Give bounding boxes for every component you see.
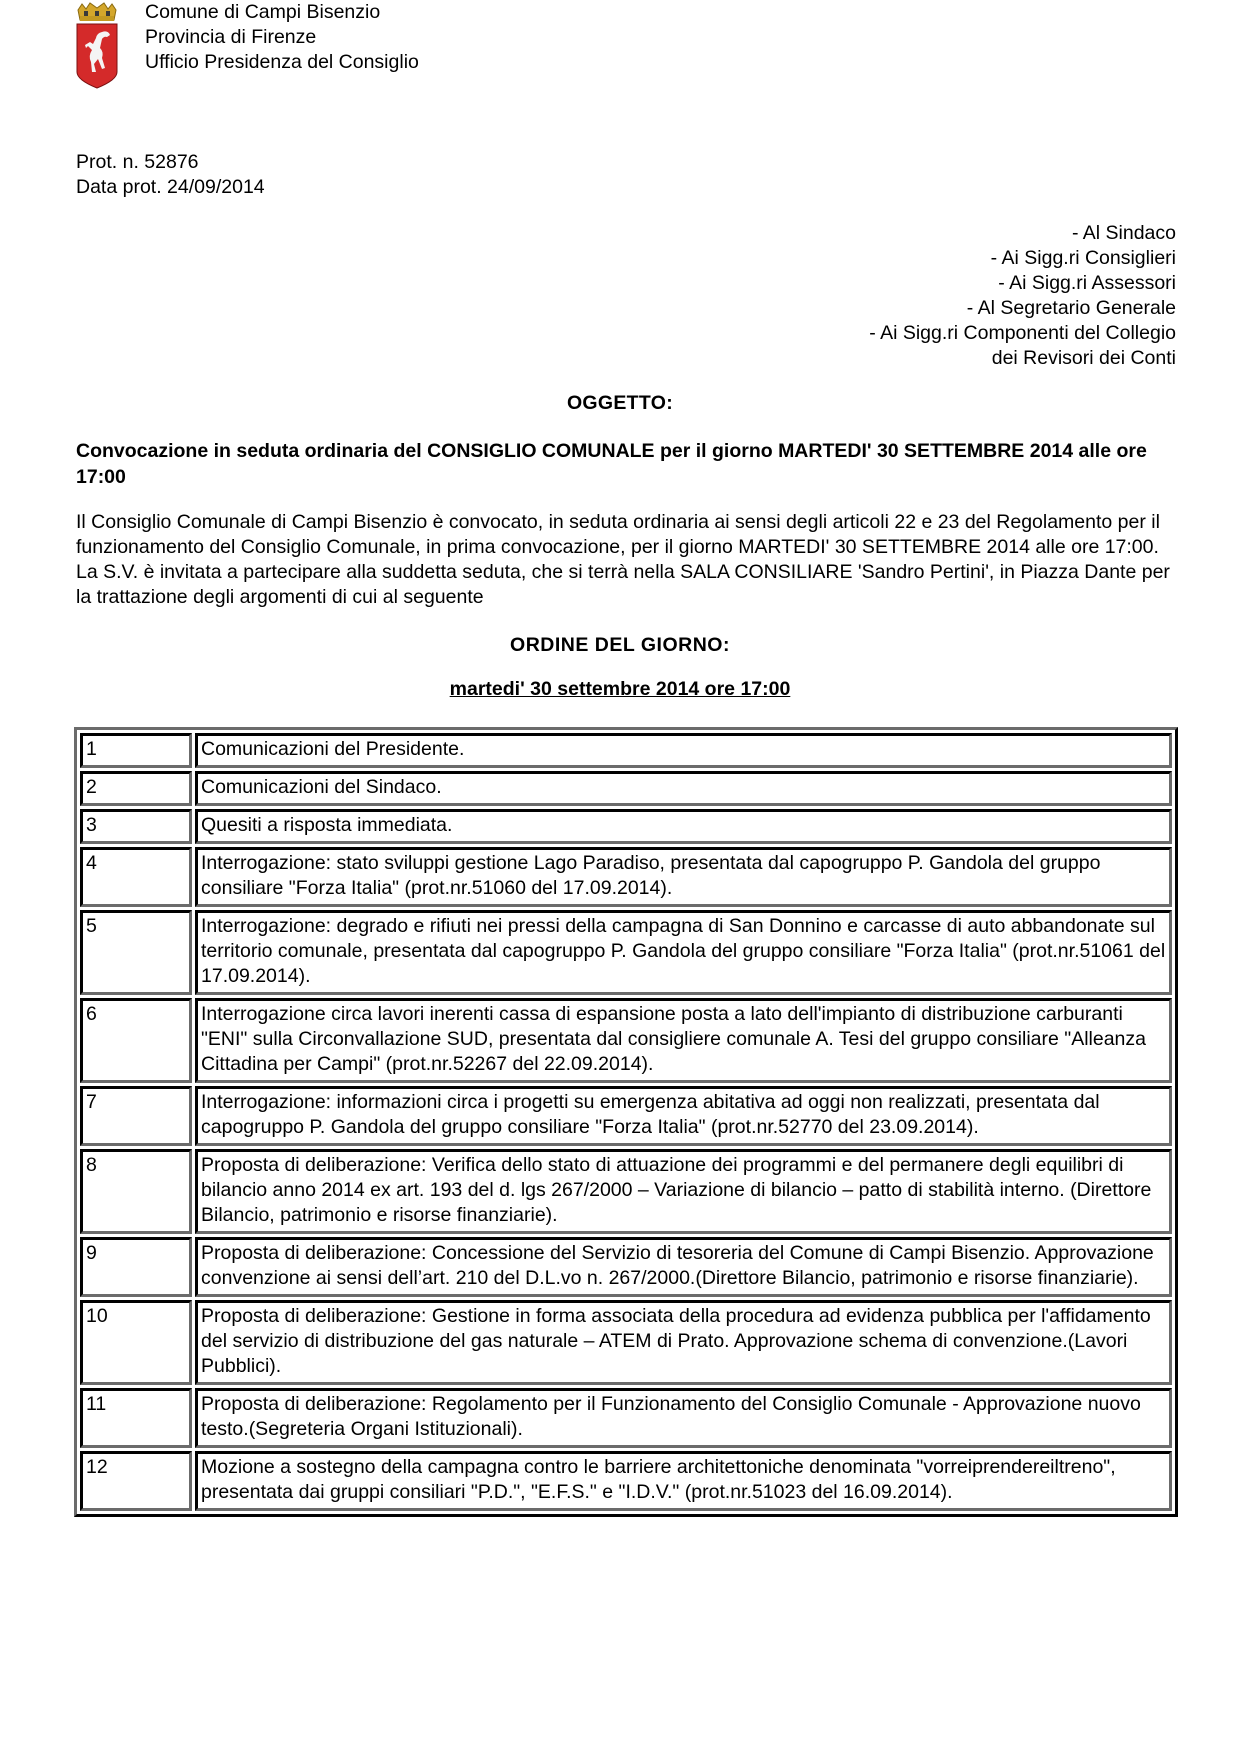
agenda-item-text: Interrogazione: stato sviluppi gestione … (195, 847, 1172, 907)
agenda-item-text: Mozione a sostegno della campagna contro… (195, 1451, 1172, 1511)
agenda-item-number: 9 (80, 1237, 192, 1297)
agenda-row: 7Interrogazione: informazioni circa i pr… (80, 1086, 1172, 1146)
recipient: - Al Segretario Generale (869, 296, 1176, 321)
agenda-item-number: 5 (80, 910, 192, 995)
recipients-list: - Al Sindaco - Ai Sigg.ri Consiglieri - … (869, 221, 1176, 371)
protocol-block: Prot. n. 52876 Data prot. 24/09/2014 (76, 150, 265, 200)
agenda-row: 6Interrogazione circa lavori inerenti ca… (80, 998, 1172, 1083)
agenda-item-text: Comunicazioni del Presidente. (195, 733, 1172, 768)
agenda-row: 9Proposta di deliberazione: Concessione … (80, 1237, 1172, 1297)
agenda-row: 1Comunicazioni del Presidente. (80, 733, 1172, 768)
agenda-item-text: Interrogazione: degrado e rifiuti nei pr… (195, 910, 1172, 995)
agenda-heading: ORDINE DEL GIORNO: (0, 634, 1240, 657)
agenda-date: martedi' 30 settembre 2014 ore 17:00 (0, 678, 1240, 701)
agenda-item-number: 12 (80, 1451, 192, 1511)
issuer-municipality: Comune di Campi Bisenzio (145, 0, 419, 25)
agenda-item-text: Proposta di deliberazione: Regolamento p… (195, 1388, 1172, 1448)
recipient: - Ai Sigg.ri Assessori (869, 271, 1176, 296)
issuer-province: Provincia di Firenze (145, 25, 419, 50)
recipient: - Ai Sigg.ri Componenti del Collegio (869, 321, 1176, 346)
recipient: dei Revisori dei Conti (869, 346, 1176, 371)
subject-heading: OGGETTO: (0, 392, 1240, 415)
agenda-table: 1Comunicazioni del Presidente.2Comunicaz… (74, 727, 1178, 1517)
recipient: - Al Sindaco (869, 221, 1176, 246)
issuer-office: Ufficio Presidenza del Consiglio (145, 50, 419, 75)
agenda-item-number: 2 (80, 771, 192, 806)
agenda-item-text: Interrogazione circa lavori inerenti cas… (195, 998, 1172, 1083)
coat-of-arms-icon (74, 2, 120, 90)
agenda-row: 11Proposta di deliberazione: Regolamento… (80, 1388, 1172, 1448)
agenda-item-text: Proposta di deliberazione: Gestione in f… (195, 1300, 1172, 1385)
agenda-row: 10Proposta di deliberazione: Gestione in… (80, 1300, 1172, 1385)
agenda-item-number: 8 (80, 1149, 192, 1234)
agenda-item-number: 11 (80, 1388, 192, 1448)
agenda-item-number: 4 (80, 847, 192, 907)
body-paragraph: Il Consiglio Comunale di Campi Bisenzio … (76, 510, 1186, 610)
agenda-item-text: Interrogazione: informazioni circa i pro… (195, 1086, 1172, 1146)
agenda-row: 8Proposta di deliberazione: Verifica del… (80, 1149, 1172, 1234)
agenda-row: 12Mozione a sostegno della campagna cont… (80, 1451, 1172, 1511)
agenda-item-text: Comunicazioni del Sindaco. (195, 771, 1172, 806)
agenda-item-text: Proposta di deliberazione: Concessione d… (195, 1237, 1172, 1297)
issuer-header: Comune di Campi Bisenzio Provincia di Fi… (145, 0, 419, 75)
agenda-item-text: Quesiti a risposta immediata. (195, 809, 1172, 844)
agenda-item-number: 10 (80, 1300, 192, 1385)
agenda-item-text: Proposta di deliberazione: Verifica dell… (195, 1149, 1172, 1234)
recipient: - Ai Sigg.ri Consiglieri (869, 246, 1176, 271)
subject-title: Convocazione in seduta ordinaria del CON… (76, 438, 1186, 490)
agenda-item-number: 6 (80, 998, 192, 1083)
agenda-row: 3Quesiti a risposta immediata. (80, 809, 1172, 844)
agenda-item-number: 1 (80, 733, 192, 768)
agenda-row: 2Comunicazioni del Sindaco. (80, 771, 1172, 806)
agenda-row: 4Interrogazione: stato sviluppi gestione… (80, 847, 1172, 907)
protocol-date: Data prot. 24/09/2014 (76, 175, 265, 200)
protocol-number: Prot. n. 52876 (76, 150, 265, 175)
agenda-row: 5Interrogazione: degrado e rifiuti nei p… (80, 910, 1172, 995)
agenda-item-number: 7 (80, 1086, 192, 1146)
agenda-item-number: 3 (80, 809, 192, 844)
